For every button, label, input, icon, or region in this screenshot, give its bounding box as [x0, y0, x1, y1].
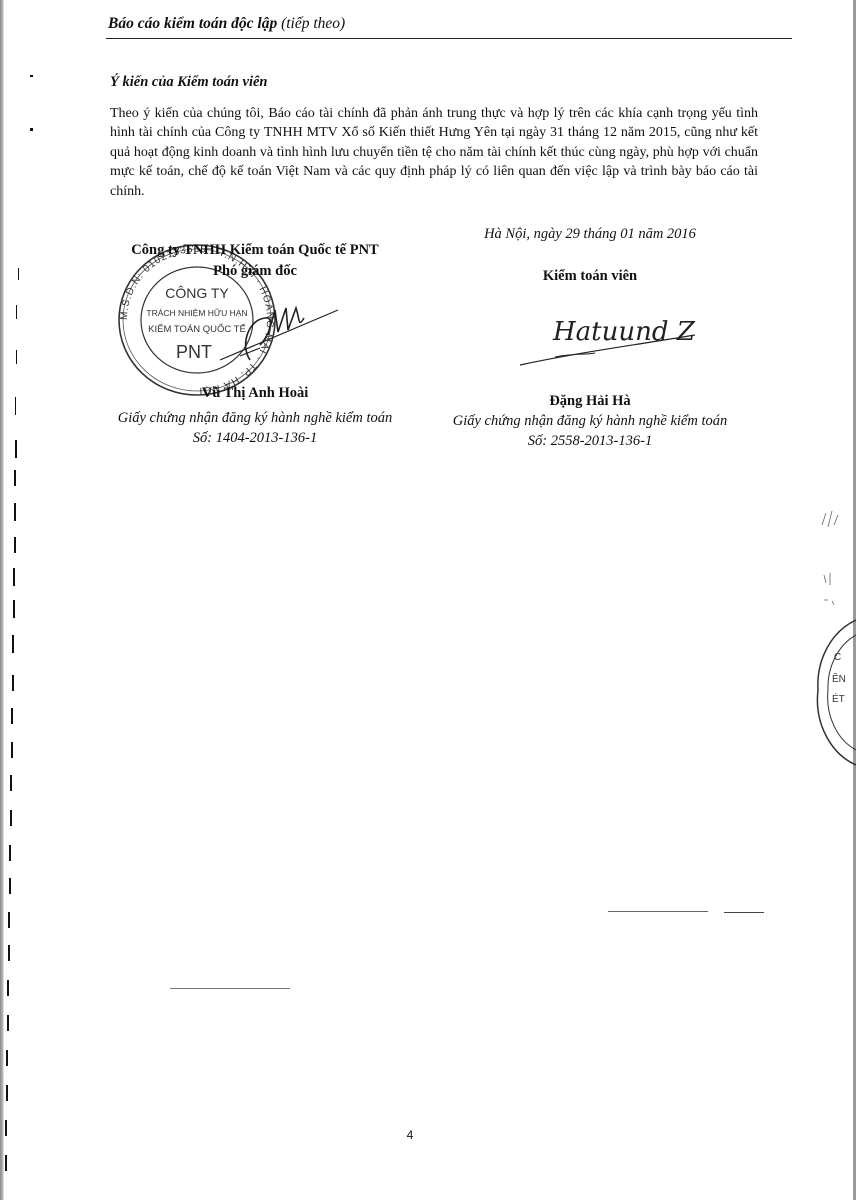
- svg-text:C: C: [834, 652, 841, 663]
- right-signature-text: Hatuund Z: [552, 317, 696, 347]
- right-signature: Hatuund Z: [515, 295, 705, 375]
- left-company-name: Công ty TNHH Kiểm toán Quốc tế PNT: [100, 242, 410, 259]
- margin-smudge: [818, 505, 844, 615]
- opinion-paragraph: Theo ý kiến của chúng tôi, Báo cáo tài c…: [110, 104, 758, 201]
- right-signatory-name: Đặng Hải Hà: [440, 393, 740, 410]
- stamp-line-4: PNT: [176, 342, 212, 362]
- left-certificate-label: Giấy chứng nhận đăng ký hành nghề kiểm t…: [100, 410, 410, 427]
- scan-line: [724, 912, 764, 913]
- scan-line: [608, 911, 708, 912]
- binding-marks: [0, 0, 40, 1200]
- right-certificate-number: Số: 2558-2013-136-1: [440, 433, 740, 450]
- partial-stamp-right-margin: C ÊN ÉT: [808, 600, 856, 780]
- svg-text:ÉT: ÉT: [832, 692, 845, 705]
- left-position: Phó giám đốc: [100, 263, 410, 280]
- header-divider: [106, 38, 792, 39]
- left-signature: [220, 290, 340, 370]
- right-certificate-label: Giấy chứng nhận đăng ký hành nghề kiểm t…: [440, 413, 740, 430]
- left-signatory-name: Vũ Thị Anh Hoài: [100, 385, 410, 402]
- left-certificate-number: Số: 1404-2013-136-1: [100, 430, 410, 447]
- scan-line: [170, 988, 290, 989]
- signing-date: Hà Nội, ngày 29 tháng 01 năm 2016: [440, 226, 740, 243]
- header-title: Báo cáo kiểm toán độc lập: [108, 15, 277, 32]
- page-number: 4: [398, 1128, 422, 1142]
- svg-text:ÊN: ÊN: [832, 672, 846, 685]
- page-header: Báo cáo kiểm toán độc lập (tiếp theo): [108, 15, 788, 33]
- opinion-title: Ý kiến của Kiểm toán viên: [110, 74, 267, 91]
- header-subtitle: (tiếp theo): [281, 15, 345, 32]
- right-position: Kiểm toán viên: [440, 268, 740, 285]
- document-page: Báo cáo kiểm toán độc lập (tiếp theo) Ý …: [0, 0, 856, 1200]
